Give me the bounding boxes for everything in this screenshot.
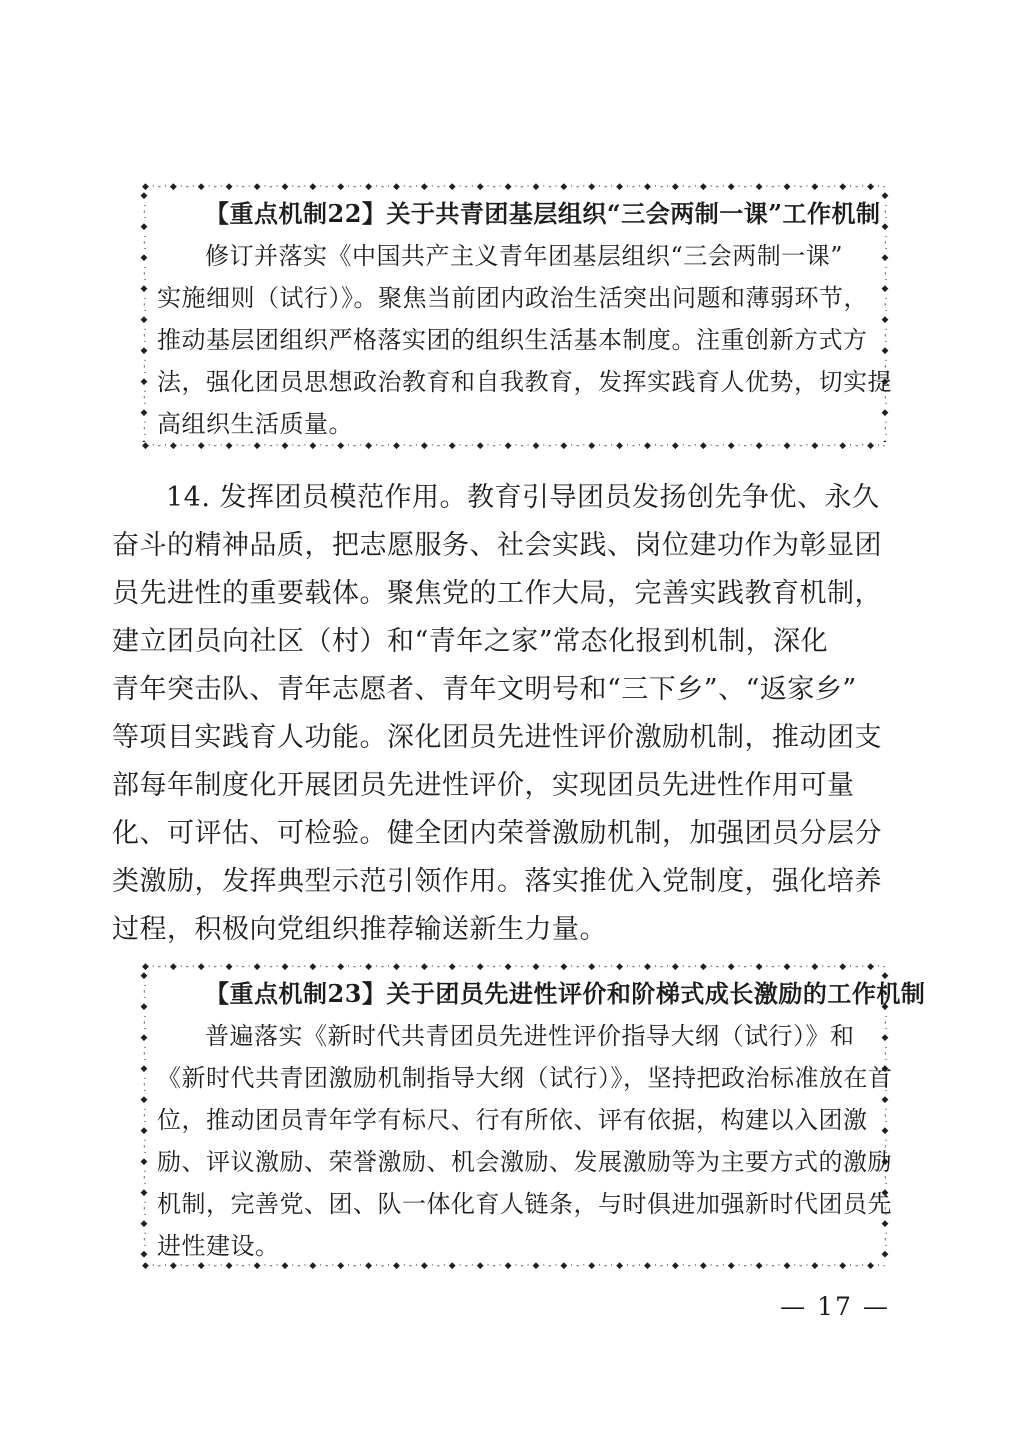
text-line: 建立团员向社区（村）和“青年之家”常态化报到机制，深化 bbox=[112, 618, 912, 666]
box-heading: 【重点机制22】关于共青团基层组织“三会两制一课”工作机制 bbox=[157, 193, 870, 235]
text-line: 位，推动团员青年学有标尺、行有所依、评有依据，构建以入团激 bbox=[157, 1099, 870, 1141]
key-mechanism-23-body: 【重点机制23】关于团员先进性评价和阶梯式成长激励的工作机制 普遍落实《新时代共… bbox=[157, 973, 870, 1267]
text-line: 实施细则（试行）》。聚焦当前团内政治生活突出问题和薄弱环节， bbox=[157, 277, 870, 319]
chain-border-left: ◆·-·◆·-·◆·-·◆·-·◆·-·◆·-·◆·-·◆·-·◆·-·◆·-·… bbox=[137, 971, 149, 1262]
text-line: 类激励，发挥典型示范引领作用。落实推优入党制度，强化培养 bbox=[112, 858, 912, 906]
text-line: 高组织生活质量。 bbox=[157, 403, 870, 445]
page-number: — 17 — bbox=[755, 1292, 915, 1321]
text-line: 部每年制度化开展团员先进性评价，实现团员先进性作用可量 bbox=[112, 762, 912, 810]
text-line: 奋斗的精神品质，把志愿服务、社会实践、岗位建功作为彰显团 bbox=[112, 522, 912, 570]
chain-border-left: ◆·-·◆·-·◆·-·◆·-·◆·-·◆·-·◆·-·◆·-·◆·-·◆·-·… bbox=[137, 191, 149, 442]
text-line: 法，强化团员思想政治教育和自我教育，发挥实践育人优势，切实提 bbox=[157, 361, 870, 403]
text-line: 机制，完善党、团、队一体化育人链条，与时俱进加强新时代团员先 bbox=[157, 1183, 870, 1225]
text-line: 普遍落实《新时代共青团员先进性评价指导大纲（试行）》和 bbox=[157, 1015, 870, 1057]
key-mechanism-23-box: ◆·-·◆·-·◆·-·◆·-·◆·-·◆·-·◆·-·◆·-·◆·-·◆·-·… bbox=[137, 961, 890, 1272]
chain-border-top: ◆·-·◆·-·◆·-·◆·-·◆·-·◆·-·◆·-·◆·-·◆·-·◆·-·… bbox=[142, 961, 885, 973]
text-line: 过程，积极向党组织推荐输送新生力量。 bbox=[112, 906, 912, 954]
paragraph-14: 14. 发挥团员模范作用。教育引导团员发扬创先争优、永久 奋斗的精神品质，把志愿… bbox=[112, 474, 912, 954]
text-line: 等项目实践育人功能。深化团员先进性评价激励机制，推动团支 bbox=[112, 714, 912, 762]
document-page: ◆·-·◆·-·◆·-·◆·-·◆·-·◆·-·◆·-·◆·-·◆·-·◆·-·… bbox=[0, 0, 1024, 1448]
text-line: 员先进性的重要载体。聚焦党的工作大局，完善实践教育机制， bbox=[112, 570, 912, 618]
text-line: 化、可评估、可检验。健全团内荣誉激励机制，加强团员分层分 bbox=[112, 810, 912, 858]
key-mechanism-22-box: ◆·-·◆·-·◆·-·◆·-·◆·-·◆·-·◆·-·◆·-·◆·-·◆·-·… bbox=[137, 181, 890, 452]
text-line: 14. 发挥团员模范作用。教育引导团员发扬创先争优、永久 bbox=[112, 474, 912, 522]
text-line: 修订并落实《中国共产主义青年团基层组织“三会两制一课” bbox=[157, 235, 870, 277]
text-line: 《新时代共青团激励机制指导大纲（试行）》，坚持把政治标准放在首 bbox=[157, 1057, 870, 1099]
text-line: 推动基层团组织严格落实团的组织生活基本制度。注重创新方式方 bbox=[157, 319, 870, 361]
box-heading: 【重点机制23】关于团员先进性评价和阶梯式成长激励的工作机制 bbox=[157, 973, 870, 1015]
key-mechanism-22-body: 【重点机制22】关于共青团基层组织“三会两制一课”工作机制 修订并落实《中国共产… bbox=[157, 193, 870, 445]
text-line: 进性建设。 bbox=[157, 1225, 870, 1267]
text-line: 青年突击队、青年志愿者、青年文明号和“三下乡”、“返家乡” bbox=[112, 666, 912, 714]
text-line: 励、评议激励、荣誉激励、机会激励、发展激励等为主要方式的激励 bbox=[157, 1141, 870, 1183]
chain-border-top: ◆·-·◆·-·◆·-·◆·-·◆·-·◆·-·◆·-·◆·-·◆·-·◆·-·… bbox=[142, 181, 885, 193]
